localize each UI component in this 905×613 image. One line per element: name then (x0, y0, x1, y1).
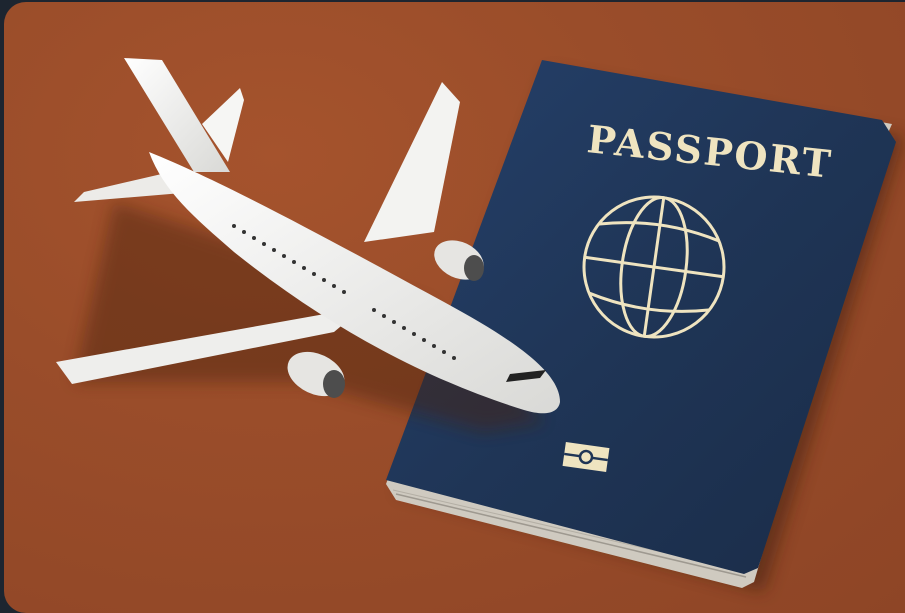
image-frame: PASSPORT (0, 0, 905, 613)
scene: PASSPORT (4, 2, 905, 613)
leather-surface: PASSPORT (4, 2, 905, 613)
